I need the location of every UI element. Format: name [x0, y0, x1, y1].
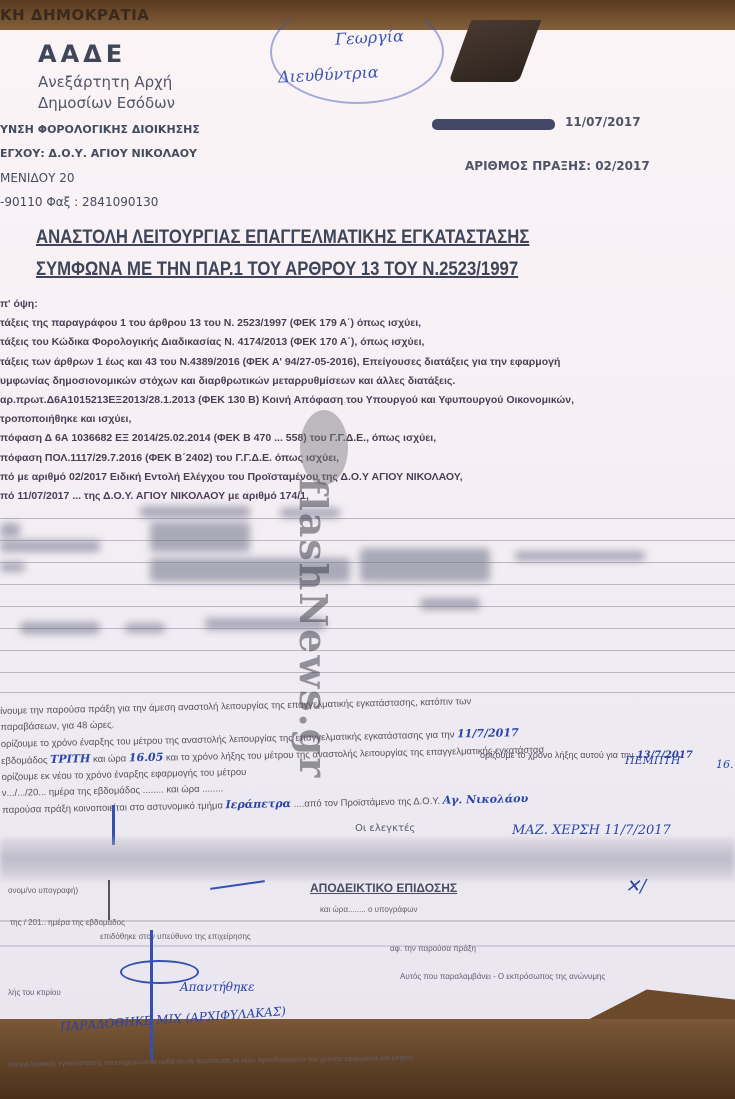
legal-line: τροποποιήθηκε και ισχύει,: [0, 410, 735, 429]
handwritten-police-station: Ιεράπετρα: [225, 797, 291, 811]
signature-stroke: [150, 930, 153, 1060]
document-title: ΑΝΑΣΤΟΛΗ ΛΕΙΤΟΥΡΓΙΑΣ ΕΠΑΓΓΕΛΜΑΤΙΚΗΣ ΕΓΚΑ…: [36, 222, 652, 286]
office-info: ΥΝΣΗ ΦΟΡΟΛΟΓΙΚΗΣ ΔΙΟΙΚΗΣΗΣ ΕΓΧΟΥ: Δ.Ο.Υ.…: [0, 118, 200, 214]
form-rule: [0, 945, 735, 947]
handwritten-start-day: ΤΡΙΤΗ: [50, 752, 90, 766]
legal-line: τάξεις της παραγράφου 1 του άρθρου 13 το…: [0, 314, 735, 333]
agency-name: Ανεξάρτητη Αρχή Δημοσίων Εσόδων: [38, 72, 175, 114]
blurred-text: [420, 598, 480, 610]
redacted-personal-data: [0, 478, 735, 703]
handwritten-end-day: ΠΕΜΠΤΗ: [625, 754, 680, 767]
blurred-text: [0, 540, 100, 552]
form-rule: [0, 650, 735, 651]
redacted-band: [0, 838, 735, 880]
blurred-text: [150, 522, 250, 552]
handwritten-refused: Απαντήθηκε: [180, 980, 255, 994]
blurred-text: [140, 506, 250, 518]
document-date: 11/07/2017: [565, 115, 641, 129]
blurred-text: [360, 548, 490, 582]
legal-line: πόφαση Δ 6Α 1036682 ΕΞ 2014/25.02.2014 (…: [0, 429, 735, 448]
directorate: ΥΝΣΗ ΦΟΡΟΛΟΓΙΚΗΣ ΔΙΟΙΚΗΣΗΣ: [0, 118, 200, 142]
agency-line-1: Ανεξάρτητη Αρχή: [38, 72, 175, 93]
address: ΜΕΝΙΔΟΥ 20: [0, 166, 200, 190]
blurred-text: [125, 623, 165, 633]
divider-line: [108, 880, 110, 920]
blurred-text: [0, 562, 25, 572]
form-rule: [0, 518, 735, 519]
legal-line: υμφωνίας δημοσιονομικών στόχων και διαρθ…: [0, 372, 735, 391]
handwritten-office: Αγ. Νικολάου: [443, 792, 529, 807]
handwritten-start-date: 11/7/2017: [457, 726, 519, 740]
receipt-responsible-line: επιδόθηκε στον υπεύθυνο της επιχείρησης: [100, 932, 251, 941]
agency-line-2: Δημοσίων Εσόδων: [38, 93, 175, 114]
form-rule: [0, 628, 735, 629]
handwritten-end-hour: 16.: [716, 758, 734, 771]
phone-fax: -90110 Φαξ : 2841090130: [0, 190, 200, 214]
legal-line: τάξεις του Κώδικα Φορολογικής Διαδικασία…: [0, 333, 735, 352]
form-rule: [0, 672, 735, 673]
form-rule: [0, 584, 735, 585]
watermark-logo: [300, 410, 348, 485]
form-rule: [0, 606, 735, 607]
title-line-2: ΣΥΜΦΩΝΑ ΜΕ ΤΗΝ ΠΑΡ.1 ΤΟΥ ΑΡΘΡΟΥ 13 ΤΟΥ Ν…: [36, 254, 652, 286]
stamp-name: Γεωργία: [335, 26, 405, 49]
legal-line: π' όψη:: [0, 295, 735, 314]
building-label: λής του κτιρίου: [8, 988, 61, 997]
signature-mark: ✕∕: [625, 876, 646, 897]
receipt-hour-line: και ώρα........ ο υπογράφων: [320, 905, 417, 914]
receipt-title: ΑΠΟΔΕΙΚΤΙΚΟ ΕΠΙΔΟΣΗΣ: [310, 881, 457, 895]
form-rule: [0, 540, 735, 541]
title-line-1: ΑΝΑΣΤΟΛΗ ΛΕΙΤΟΥΡΓΙΑΣ ΕΠΑΓΓΕΛΜΑΤΙΚΗΣ ΕΓΚΑ…: [36, 222, 652, 254]
act-number: ΑΡΙΘΜΟΣ ΠΡΑΞΗΣ: 02/2017: [465, 159, 650, 173]
legal-line: πόφαση ΠΟΛ.1117/29.7.2016 (ΦΕΚ Β΄2402) τ…: [0, 449, 735, 468]
agency-logo-text: ΑΑΔΕ: [38, 40, 126, 68]
receipt-copy-line: αφ. την παρούσα πράξη: [390, 944, 476, 953]
signature-label: ονομ/νο υπογραφή): [8, 886, 78, 895]
legal-basis: π' όψη: τάξεις της παραγράφου 1 του άρθρ…: [0, 295, 735, 506]
legal-line: αρ.πρωτ.Δ6Α1015213ΕΞ2013/28.1.2013 (ΦΕΚ …: [0, 391, 735, 410]
legal-line: τάξεις των άρθρων 1 έως και 43 του Ν.438…: [0, 353, 735, 372]
redaction-bar: [432, 119, 555, 130]
blurred-text: [0, 523, 20, 537]
receipt-day-line: της / 201.. ημέρα της εβδομάδος: [10, 918, 125, 927]
republic-header: ΚΗ ΔΗΜΟΚΡΑΤΙΑ: [0, 6, 149, 24]
blurred-text: [515, 551, 645, 561]
handwritten-start-hour: 16.05: [129, 751, 164, 765]
official-stamp: [270, 0, 444, 104]
handwritten-place-date: ΜΑΖ. ΧΕΡΣΗ 11/7/2017: [512, 823, 671, 838]
blurred-text: [20, 622, 100, 634]
controllers-label: Οι ελεγκτές: [355, 823, 415, 834]
receiver-label: Αυτός που παραλαμβάνει - Ο εκπρόσωπος τη…: [400, 972, 605, 981]
control-office: ΕΓΧΟΥ: Δ.Ο.Υ. ΑΓΙΟΥ ΝΙΚΟΛΑΟΥ: [0, 142, 200, 166]
